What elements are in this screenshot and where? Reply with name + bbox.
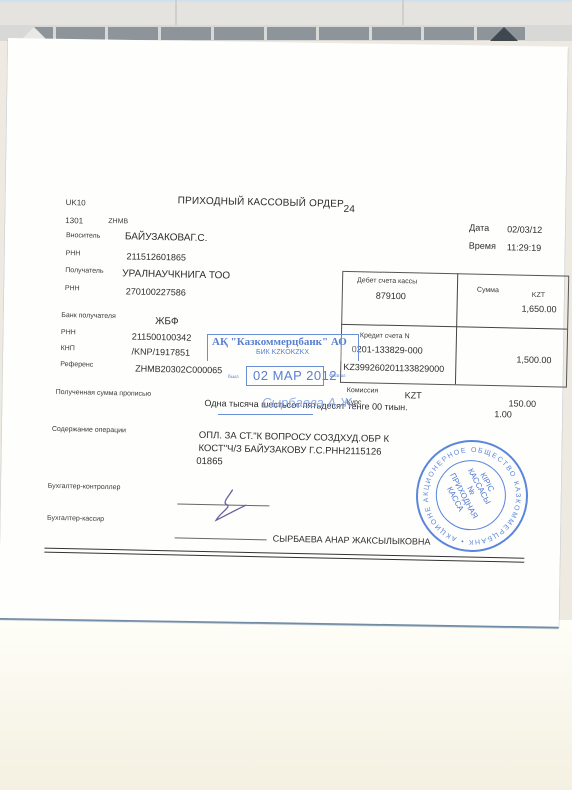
recipient-name: УРАЛНАУЧКНИГА ТОО [122,268,230,281]
bank-stamp: АҚ "Казкоммерцбанк" АО БИК KZKOKZKX [207,334,359,361]
time-value: 11:29:19 [507,242,542,253]
sum-label: Сумма [477,287,499,294]
operation-label: Содержание операции [52,426,126,435]
document-title: ПРИХОДНЫЙ КАССОВЫЙ ОРДЕР [178,195,344,209]
payer-rnn: 211512601865 [126,251,186,262]
bank-stamp-date: 02 MAP 2012 [253,368,337,383]
round-cashier-stamp: АКЦИОНЕРНОЕ ОБЩЕСТВО КАЗКОММЕРЦБАНК • АК… [409,433,535,559]
date-label: Дата [469,223,489,233]
commission-amount: 150.00 [508,398,536,409]
document-number: 24 [343,204,355,215]
handwritten-cashier-name: Сырбаева А.Ж. [262,395,355,410]
credit-amount: 1,500.00 [516,355,551,366]
operation-line-3: 01865 [196,456,223,468]
branch-tag: ZHMB [108,218,128,225]
debit-amount: 1,650.00 [521,304,556,315]
handwritten-signature [202,486,263,529]
reference-value: ZHMB20302C000065 [135,364,222,376]
commission-currency: KZT [405,390,422,400]
recipient-rnn: 270100227586 [126,286,186,297]
recipient-bank-label: Банк получателя [61,312,116,320]
bank-rnn: 211500100342 [132,331,192,342]
sum-currency: KZT [532,292,545,299]
amount-words-label: Полученная сумма прописью [56,389,151,398]
time-label: Время [469,241,496,252]
payer-label: Вноситель [66,232,100,240]
recipient-rnn-label: РНН [65,285,80,292]
reference-label: Референс [60,361,93,369]
operation-line-2: КОСТ"Ч/З БАЙУЗАКОВУ Г.С.РНН2115126 [198,443,381,458]
debit-label: Дебет счета кассы [357,277,417,285]
controller-label: Бухгалтер-контроллер [48,483,121,492]
credit-account: 0201-133829-000 [352,344,423,355]
knp-value: /KNP/1917851 [131,346,190,357]
bank-stamp-left-tag: бьыл [228,375,239,380]
knp-label: КНП [61,345,75,352]
bank-stamp-date-box: 02 MAP 2012 [246,366,324,386]
date-value: 02/03/12 [507,224,542,235]
bank-stamp-bic: БИК KZKOKZKX [256,349,309,356]
rate-value: 1.00 [494,409,512,419]
cashier-signature-line [175,537,267,540]
payer-rnn-label: РНН [66,250,81,257]
cashier-label: Бухгалтер-кассир [47,515,104,523]
bank-rnn-label: РНН [61,329,76,336]
bank-stamp-name: АҚ "Казкоммерцбанк" АО [212,336,347,348]
credit-label: Кредит счета N [360,332,410,340]
cashier-name: СЫРБАЕВА АНАР ЖАКСЫЛЫКОВНА [273,533,431,546]
bank-stamp-right-tag: Филиал [329,374,346,379]
recipient-bank-name: ЖБФ [155,316,179,327]
recipient-label: Получатель [65,267,103,275]
commission-label: Комиссия [347,387,379,395]
credit-iban: KZ399260201133829000 [343,362,444,374]
payer-name: БАЙУЗАКОВАГ.С. [125,231,208,244]
debit-account: 879100 [376,291,406,302]
stamp-underline [218,414,313,415]
branch-code: 1301 [65,216,83,225]
form-code: UK10 [66,198,86,207]
